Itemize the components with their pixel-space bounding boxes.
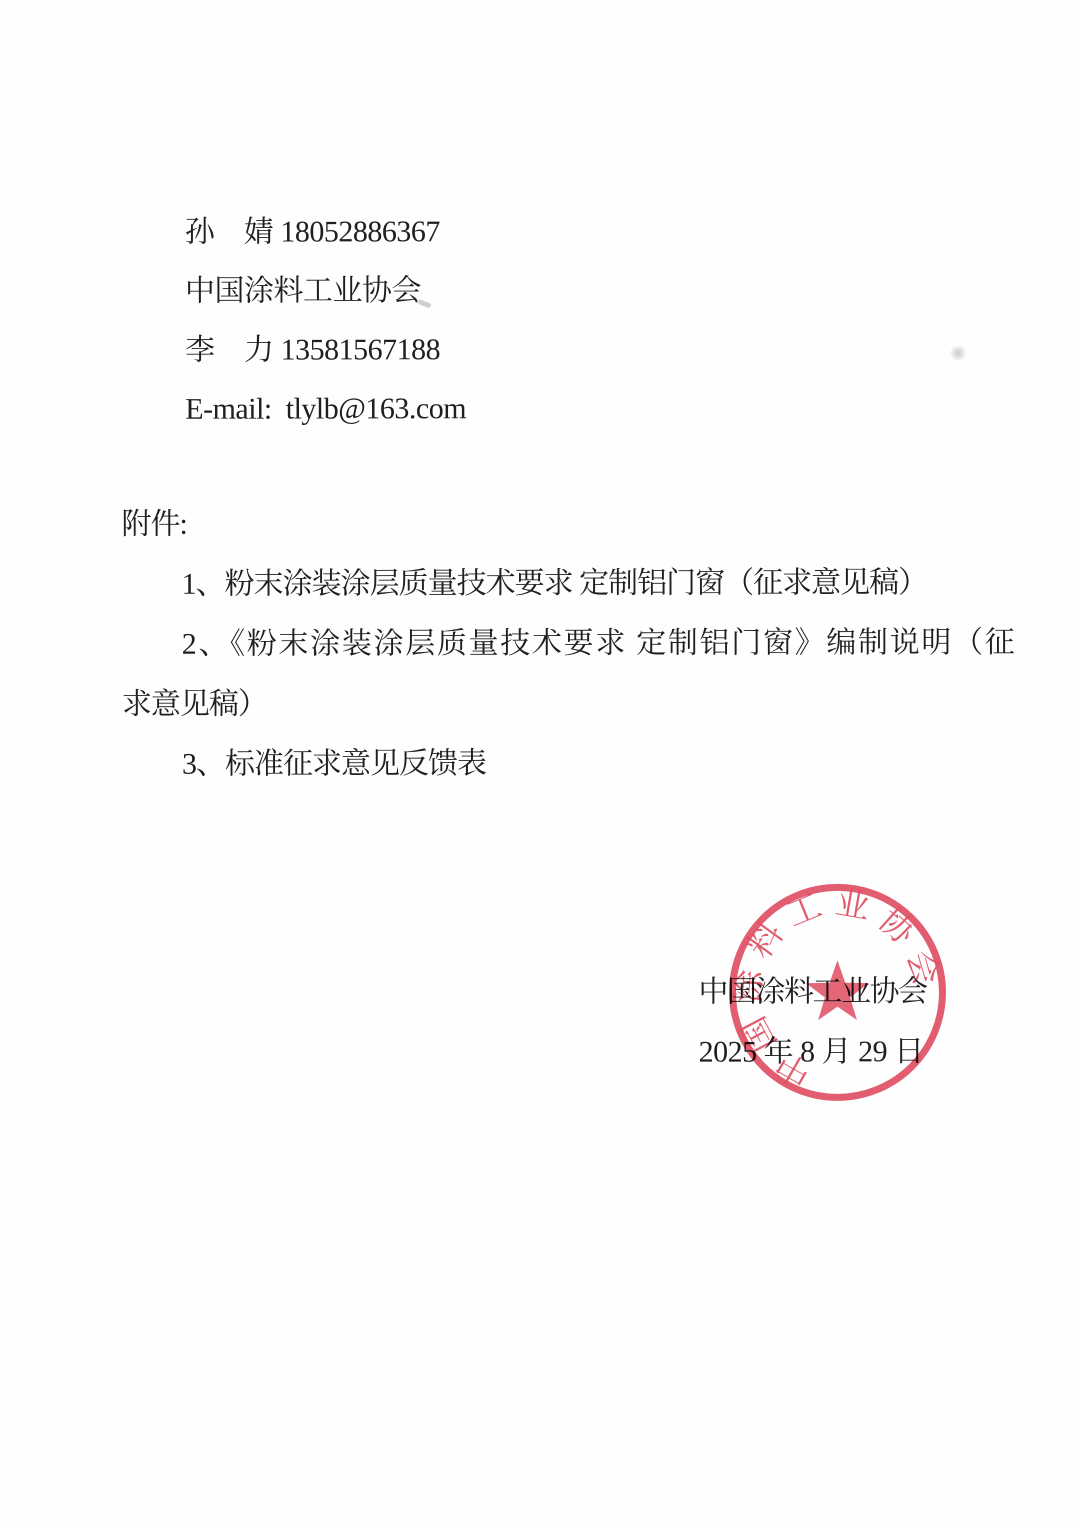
seal-char: 国	[736, 1010, 785, 1057]
seal-char: 涂	[729, 968, 769, 1004]
scan-artifact	[949, 345, 967, 361]
attachment-item-2-line-1: 2、《粉末涂装涂层质量技术要求 定制铝门窗》编制说明（征	[182, 613, 1014, 675]
contact-block: 孙 婧 18052886367 中国涂料工业协会 李 力 13581567188…	[185, 202, 466, 439]
contact-person-1: 孙 婧 18052886367	[185, 202, 466, 262]
attachment-item-3: 3、标准征求意见反馈表	[182, 733, 1012, 795]
contact-email: E-mail: tlylb@163.com	[185, 379, 466, 439]
seal-char: 料	[740, 916, 791, 966]
contact-person-2: 李 力 13581567188	[185, 320, 466, 380]
seal-char: 工	[782, 887, 827, 934]
contact-org: 中国涂料工业协会	[185, 261, 466, 321]
attachments-block: 附件: 1、粉末涂装涂层质量技术要求 定制铝门窗（征求意见稿） 2、《粉末涂装涂…	[121, 493, 1012, 795]
seal-star-icon	[806, 960, 869, 1020]
document-page: 孙 婧 18052886367 中国涂料工业协会 李 力 13581567188…	[0, 0, 1080, 1528]
seal-char: 业	[833, 885, 873, 927]
official-seal: 中 国 涂 料 工 业 协 会	[717, 872, 958, 1113]
seal-char: 协	[871, 901, 923, 953]
attachment-item-2-line-2: 求意见稿）	[122, 673, 1012, 735]
attachments-label: 附件:	[121, 493, 1011, 555]
seal-char: 中	[769, 1044, 817, 1094]
attachment-item-1: 1、粉末涂装涂层质量技术要求 定制铝门窗（征求意见稿）	[182, 553, 1012, 615]
